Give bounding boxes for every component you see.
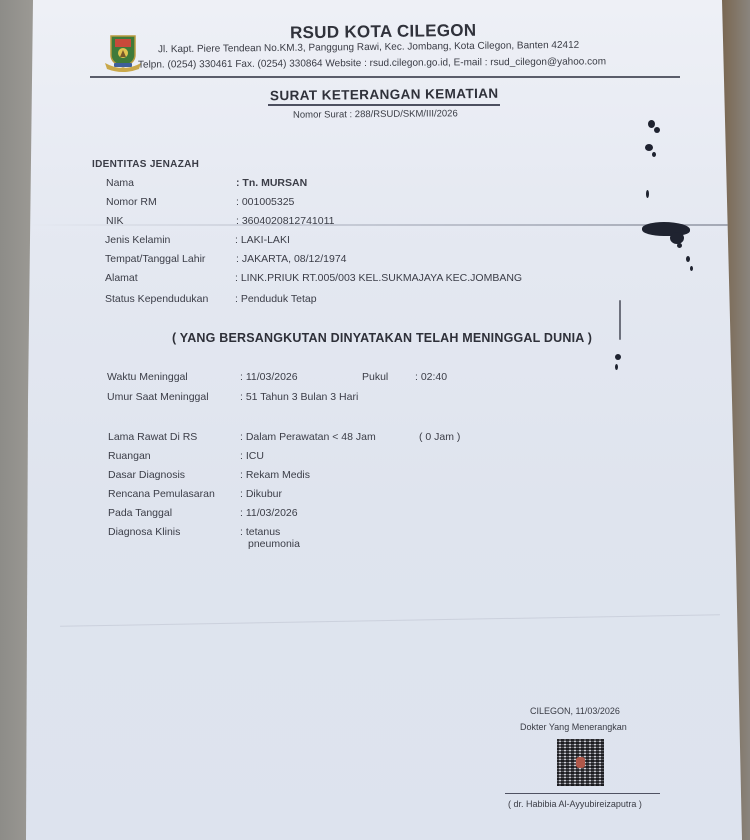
signature-line bbox=[505, 793, 660, 794]
field-value: : Tn. MURSAN bbox=[236, 177, 307, 189]
field-value: : tetanus bbox=[240, 526, 280, 538]
field-label: Nomor RM bbox=[106, 196, 157, 208]
signature-role: Dokter Yang Menerangkan bbox=[520, 722, 627, 732]
field-label: Status Kependudukan bbox=[105, 293, 208, 305]
field-value: : LAKI-LAKI bbox=[235, 234, 290, 246]
field-value: : Dalam Perawatan < 48 Jam bbox=[240, 431, 376, 443]
letterhead-divider bbox=[90, 76, 680, 78]
field-label: Rencana Pemulasaran bbox=[108, 488, 215, 500]
field-value: : ICU bbox=[240, 450, 264, 462]
signature-place-date: CILEGON, 11/03/2026 bbox=[530, 706, 620, 716]
field-label: Diagnosa Klinis bbox=[108, 526, 180, 538]
field-label: Nama bbox=[106, 177, 134, 189]
field-value: : Rekam Medis bbox=[240, 469, 310, 481]
field-value: : 3604020812741011 bbox=[236, 215, 335, 227]
field-label: Lama Rawat Di RS bbox=[108, 431, 197, 443]
field-label: NIK bbox=[106, 215, 124, 227]
field-label: Tempat/Tanggal Lahir bbox=[105, 253, 205, 265]
doctor-name: ( dr. Habibia Al-Ayyubireizaputra ) bbox=[508, 799, 642, 809]
field-label: Pukul bbox=[362, 371, 388, 383]
field-value: : 02:40 bbox=[415, 371, 447, 383]
field-label: Waktu Meninggal bbox=[107, 371, 188, 383]
hospital-name: RSUD KOTA CILEGON bbox=[290, 21, 477, 44]
document-title: SURAT KETERANGAN KEMATIAN bbox=[270, 86, 499, 103]
field-value: : LINK.PRIUK RT.005/003 KEL.SUKMAJAYA KE… bbox=[235, 272, 522, 284]
death-certificate: RSUD KOTA CILEGON Jl. Kapt. Piere Tendea… bbox=[0, 0, 750, 840]
hospital-contact: Telpn. (0254) 330461 Fax. (0254) 330864 … bbox=[138, 56, 606, 70]
death-statement: ( YANG BERSANGKUTAN DINYATAKAN TELAH MEN… bbox=[172, 331, 592, 345]
field-label: Ruangan bbox=[108, 450, 151, 462]
document-number: Nomor Surat : 288/RSUD/SKM/III/2026 bbox=[293, 108, 458, 120]
field-value-hours: ( 0 Jam ) bbox=[419, 431, 460, 443]
title-underline bbox=[268, 104, 500, 106]
field-label: Umur Saat Meninggal bbox=[107, 391, 209, 403]
field-label: Dasar Diagnosis bbox=[108, 469, 185, 481]
city-coat-of-arms-icon bbox=[103, 33, 143, 73]
identity-heading: IDENTITAS JENAZAH bbox=[92, 159, 199, 170]
field-label: Jenis Kelamin bbox=[105, 234, 170, 246]
hospital-address: Jl. Kapt. Piere Tendean No.KM.3, Panggun… bbox=[158, 40, 579, 55]
field-value: pneumonia bbox=[248, 538, 300, 550]
field-value: : 11/03/2026 bbox=[240, 371, 298, 383]
field-value: : Dikubur bbox=[240, 488, 282, 500]
field-value: : Penduduk Tetap bbox=[235, 293, 317, 305]
field-value: : 001005325 bbox=[236, 196, 294, 208]
field-label: Pada Tanggal bbox=[108, 507, 172, 519]
qr-center-logo bbox=[576, 757, 585, 768]
field-value: : JAKARTA, 08/12/1974 bbox=[236, 253, 347, 265]
field-label: Alamat bbox=[105, 272, 138, 284]
field-value: : 11/03/2026 bbox=[240, 507, 298, 519]
field-value: : 51 Tahun 3 Bulan 3 Hari bbox=[240, 391, 358, 403]
